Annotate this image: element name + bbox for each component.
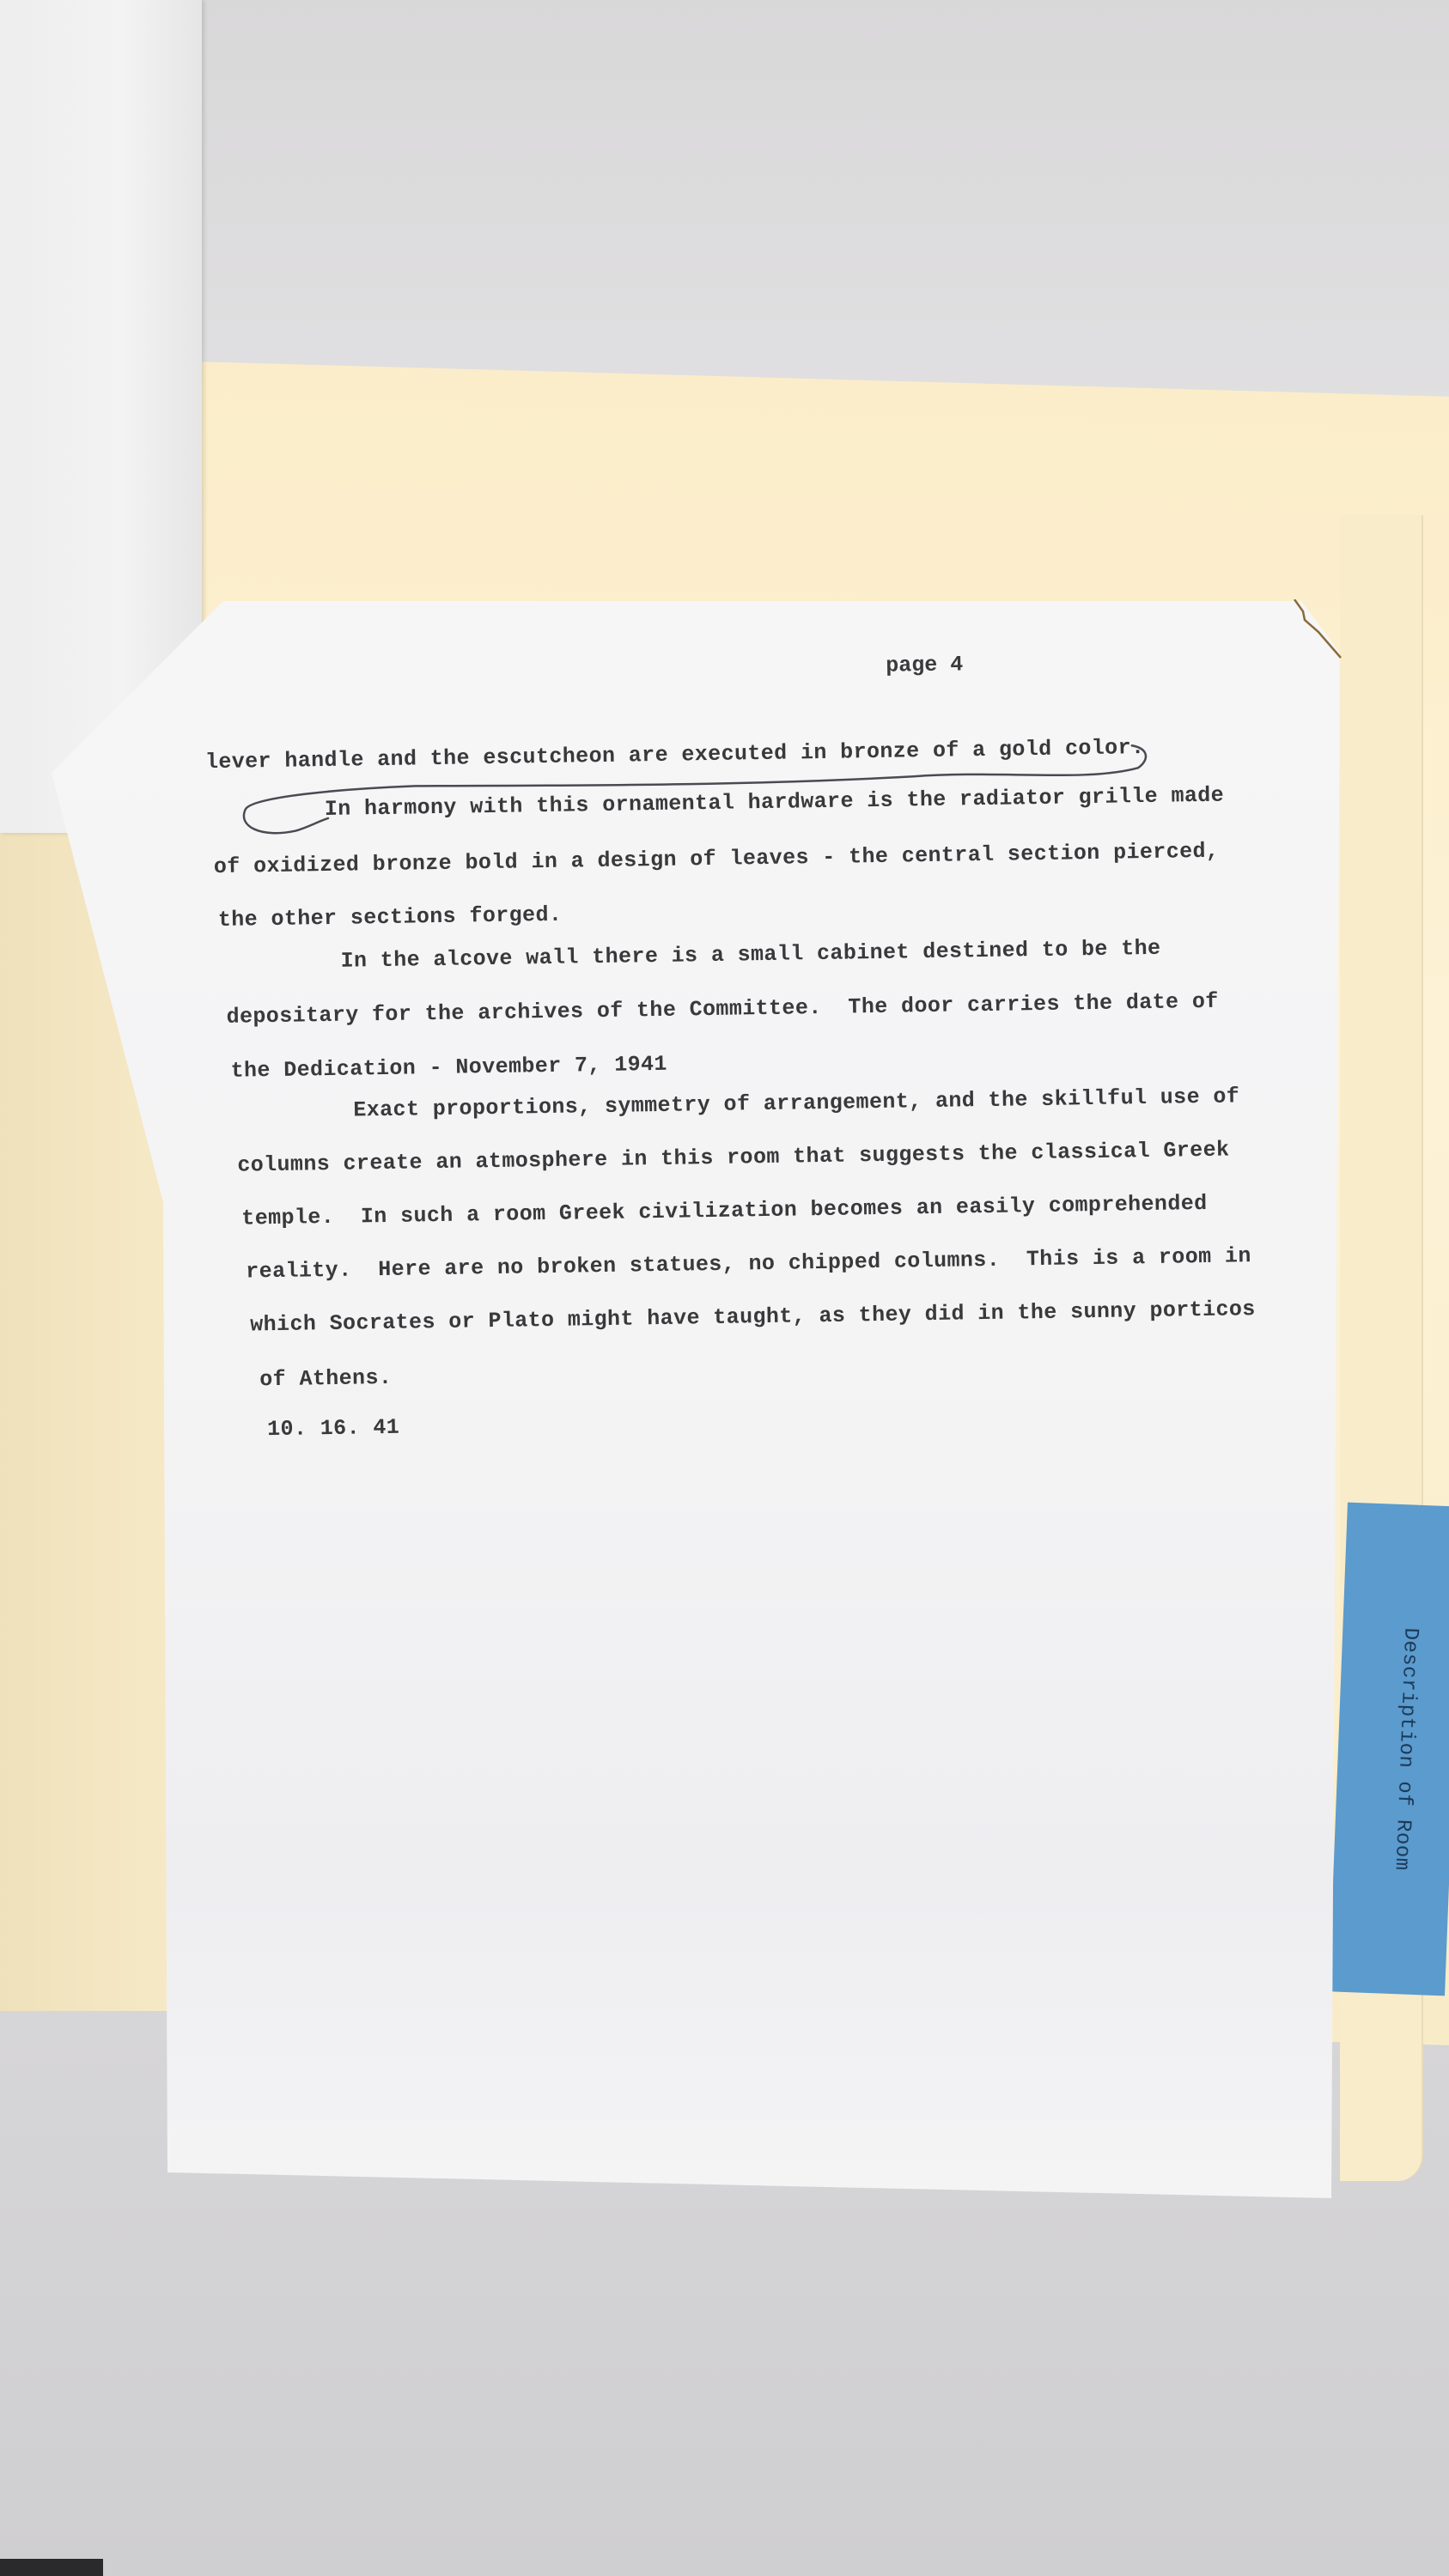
text-line: of Athens. bbox=[259, 1365, 392, 1392]
text-line: In the alcove wall there is a small cabi… bbox=[340, 936, 1160, 974]
document-date: 10. 16. 41 bbox=[267, 1415, 399, 1442]
page-number: page 4 bbox=[886, 652, 963, 677]
text-line: lever handle and the escutcheon are exec… bbox=[205, 735, 1145, 775]
text-line: depositary for the archives of the Commi… bbox=[226, 989, 1219, 1030]
folder-label-text: Description of Room bbox=[1390, 1627, 1422, 1871]
table-edge bbox=[0, 2559, 103, 2576]
torn-corner bbox=[1293, 599, 1344, 659]
text-line: the other sections forged. bbox=[218, 902, 563, 933]
text-line: temple. In such a room Greek civilizatio… bbox=[241, 1191, 1208, 1231]
text-line: columns create an atmosphere in this roo… bbox=[237, 1138, 1230, 1178]
text-line: of oxidized bronze bold in a design of l… bbox=[214, 839, 1220, 879]
text-line: the Dedication - November 7, 1941 bbox=[230, 1052, 667, 1084]
folder-label-tab: Description of Room bbox=[1329, 1503, 1449, 1996]
text-line: reality. Here are no broken statues, no … bbox=[246, 1243, 1251, 1284]
typed-page: page 4 lever handle and the escutcheon a… bbox=[52, 601, 1340, 2198]
text-line: In harmony with this ornamental hardware… bbox=[325, 783, 1225, 822]
text-line: Exact proportions, symmetry of arrangeme… bbox=[353, 1084, 1239, 1122]
text-line: which Socrates or Plato might have taugh… bbox=[250, 1297, 1256, 1337]
